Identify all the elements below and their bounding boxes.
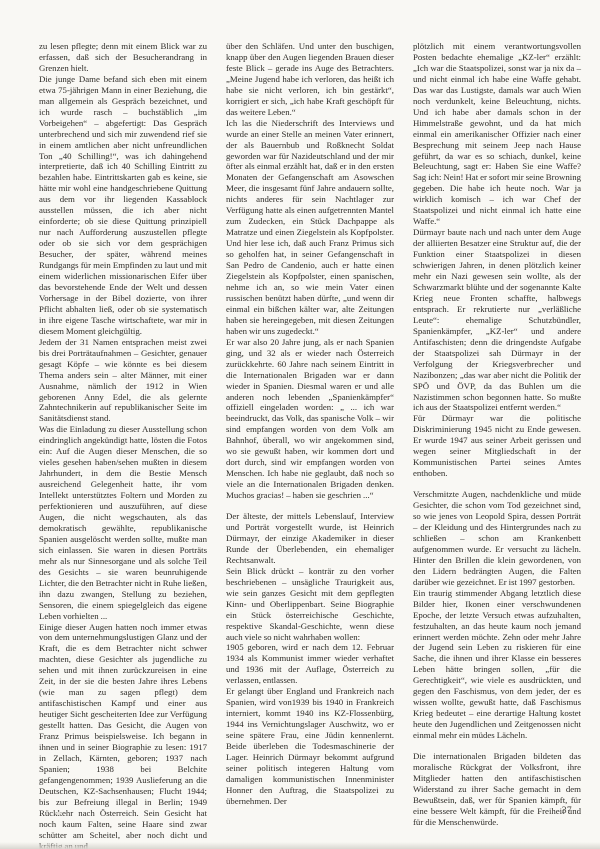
page-number: 37 bbox=[562, 805, 572, 816]
paragraph: Der älteste, der mittels Lebenslauf, Int… bbox=[226, 511, 394, 566]
paragraph: Er war also 20 Jahre jung, als er nach S… bbox=[226, 337, 394, 501]
paragraph: Die internationalen Brigaden bildeten da… bbox=[413, 751, 581, 828]
scan-smudge bbox=[55, 812, 62, 815]
paragraph: 1905 geboren, wird er nach dem 12. Febru… bbox=[226, 642, 394, 686]
paragraph: Er gelangt über England und Frankreich n… bbox=[226, 686, 394, 806]
paragraph: Ein traurig stimmender Abgang letztlich … bbox=[413, 588, 581, 741]
column-2: über den Schläfen. Und unter den buschig… bbox=[226, 41, 394, 849]
paragraph: Für Dürmayr war die politische Diskrimin… bbox=[413, 413, 581, 479]
column-1: zu lesen pflegte; denn mit einem Blick w… bbox=[39, 41, 207, 849]
paragraph: Verschmitzte Augen, nachdenkliche und mü… bbox=[413, 489, 581, 588]
paragraph: plötzlich mit einem verantwortungsvollen… bbox=[413, 41, 581, 227]
paragraph: Jedem der 31 Namen entsprachen meist zwe… bbox=[39, 337, 207, 425]
paragraph: Sein Blick drückt – konträr zu den vorhe… bbox=[226, 566, 394, 643]
book-page: zu lesen pflegte; denn mit einem Blick w… bbox=[0, 0, 600, 849]
paragraph: zu lesen pflegte; denn mit einem Blick w… bbox=[39, 41, 207, 74]
paragraph: Die junge Dame befand sich eben mit eine… bbox=[39, 74, 207, 337]
paragraph: Was die Einladung zu dieser Ausstellung … bbox=[39, 424, 207, 621]
paragraph: Dürmayr baute nach und nach unter dem Au… bbox=[413, 227, 581, 413]
paragraph: Einige dieser Augen hatten noch immer et… bbox=[39, 622, 207, 849]
scan-bottom-edge bbox=[0, 842, 600, 849]
paragraph: Ich las die Niederschrift des Interviews… bbox=[226, 118, 394, 337]
column-3: plötzlich mit einem verantwortungsvollen… bbox=[413, 41, 581, 849]
text-columns: zu lesen pflegte; denn mit einem Blick w… bbox=[39, 41, 573, 849]
paragraph: über den Schläfen. Und unter den buschig… bbox=[226, 41, 394, 118]
